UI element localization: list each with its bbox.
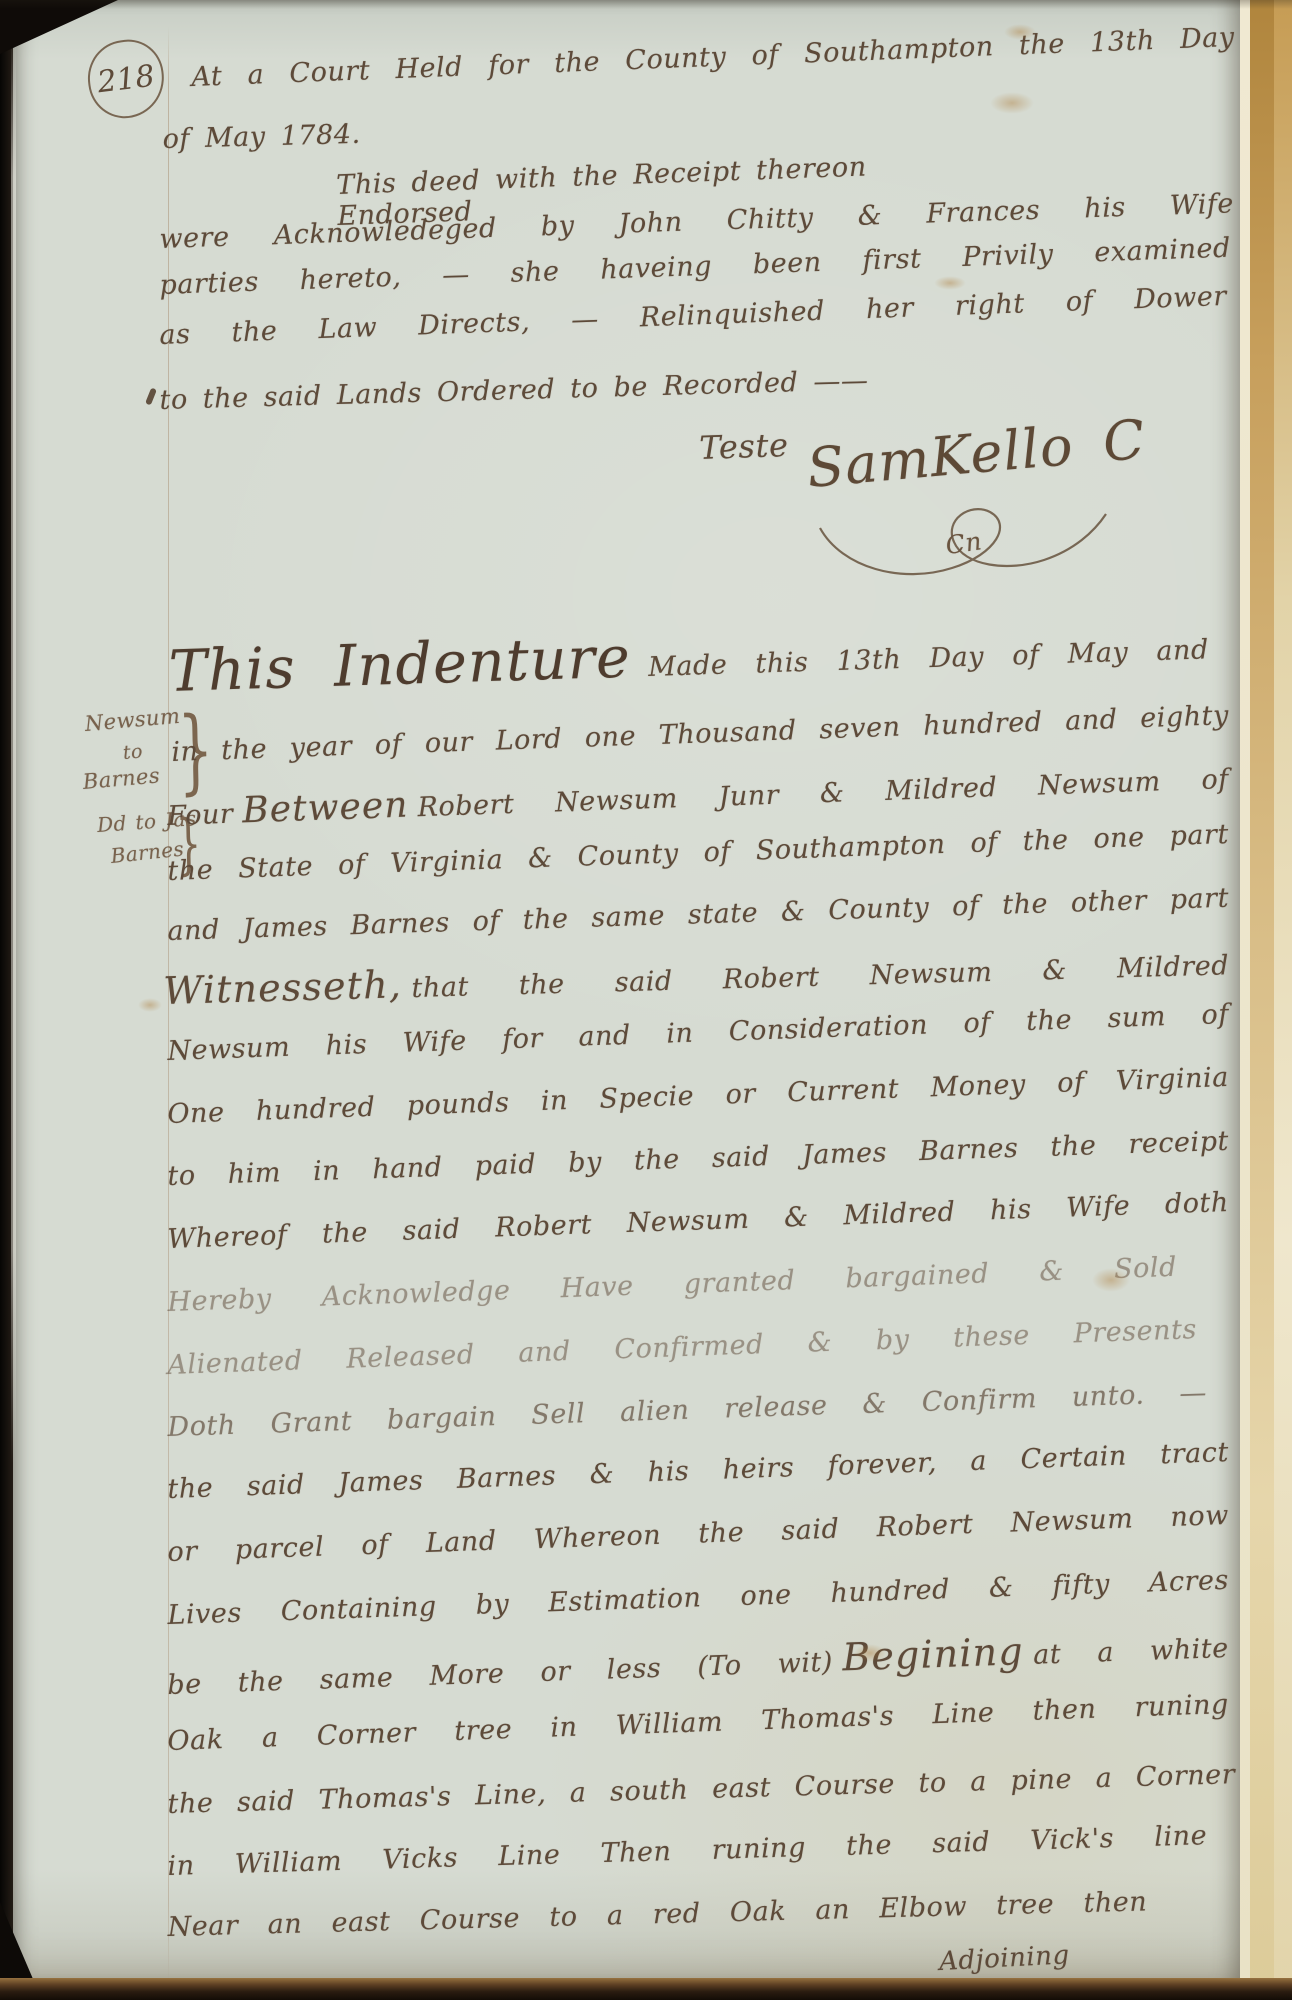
foxing-spot [138,998,162,1012]
foxing-spot [990,92,1034,114]
court-record-line: of May 1784. [162,119,361,155]
foxing-spot [1004,24,1036,40]
book-binding-edge [0,1978,1292,2000]
margin-note-connector: to [122,741,144,764]
line-text: at a white [1033,1633,1230,1671]
line-text: Four [167,799,234,832]
page-edge-strip [1274,0,1292,2000]
page-edge-strip [1240,0,1250,2000]
indenture-heading: This Indenture [168,625,632,705]
foxing-spot [854,1644,886,1662]
foxing-spot [1092,1268,1130,1292]
teste-label: Teste [699,427,789,467]
foxing-spot [934,276,966,290]
page-number: 218 [95,58,156,100]
page-edge-strip [1250,0,1274,2000]
clerk-paraph: Cn [944,527,984,561]
line-emphasis: Witnesseth, [163,962,403,1013]
top-edge-shadow [0,0,1292,9]
book-page-edges [1240,0,1292,2000]
line-emphasis: Between [241,785,409,832]
scanned-deed-book-page: 218 At a Court Held for the County of So… [0,0,1292,2000]
gutter-page-sliver [11,34,16,1464]
